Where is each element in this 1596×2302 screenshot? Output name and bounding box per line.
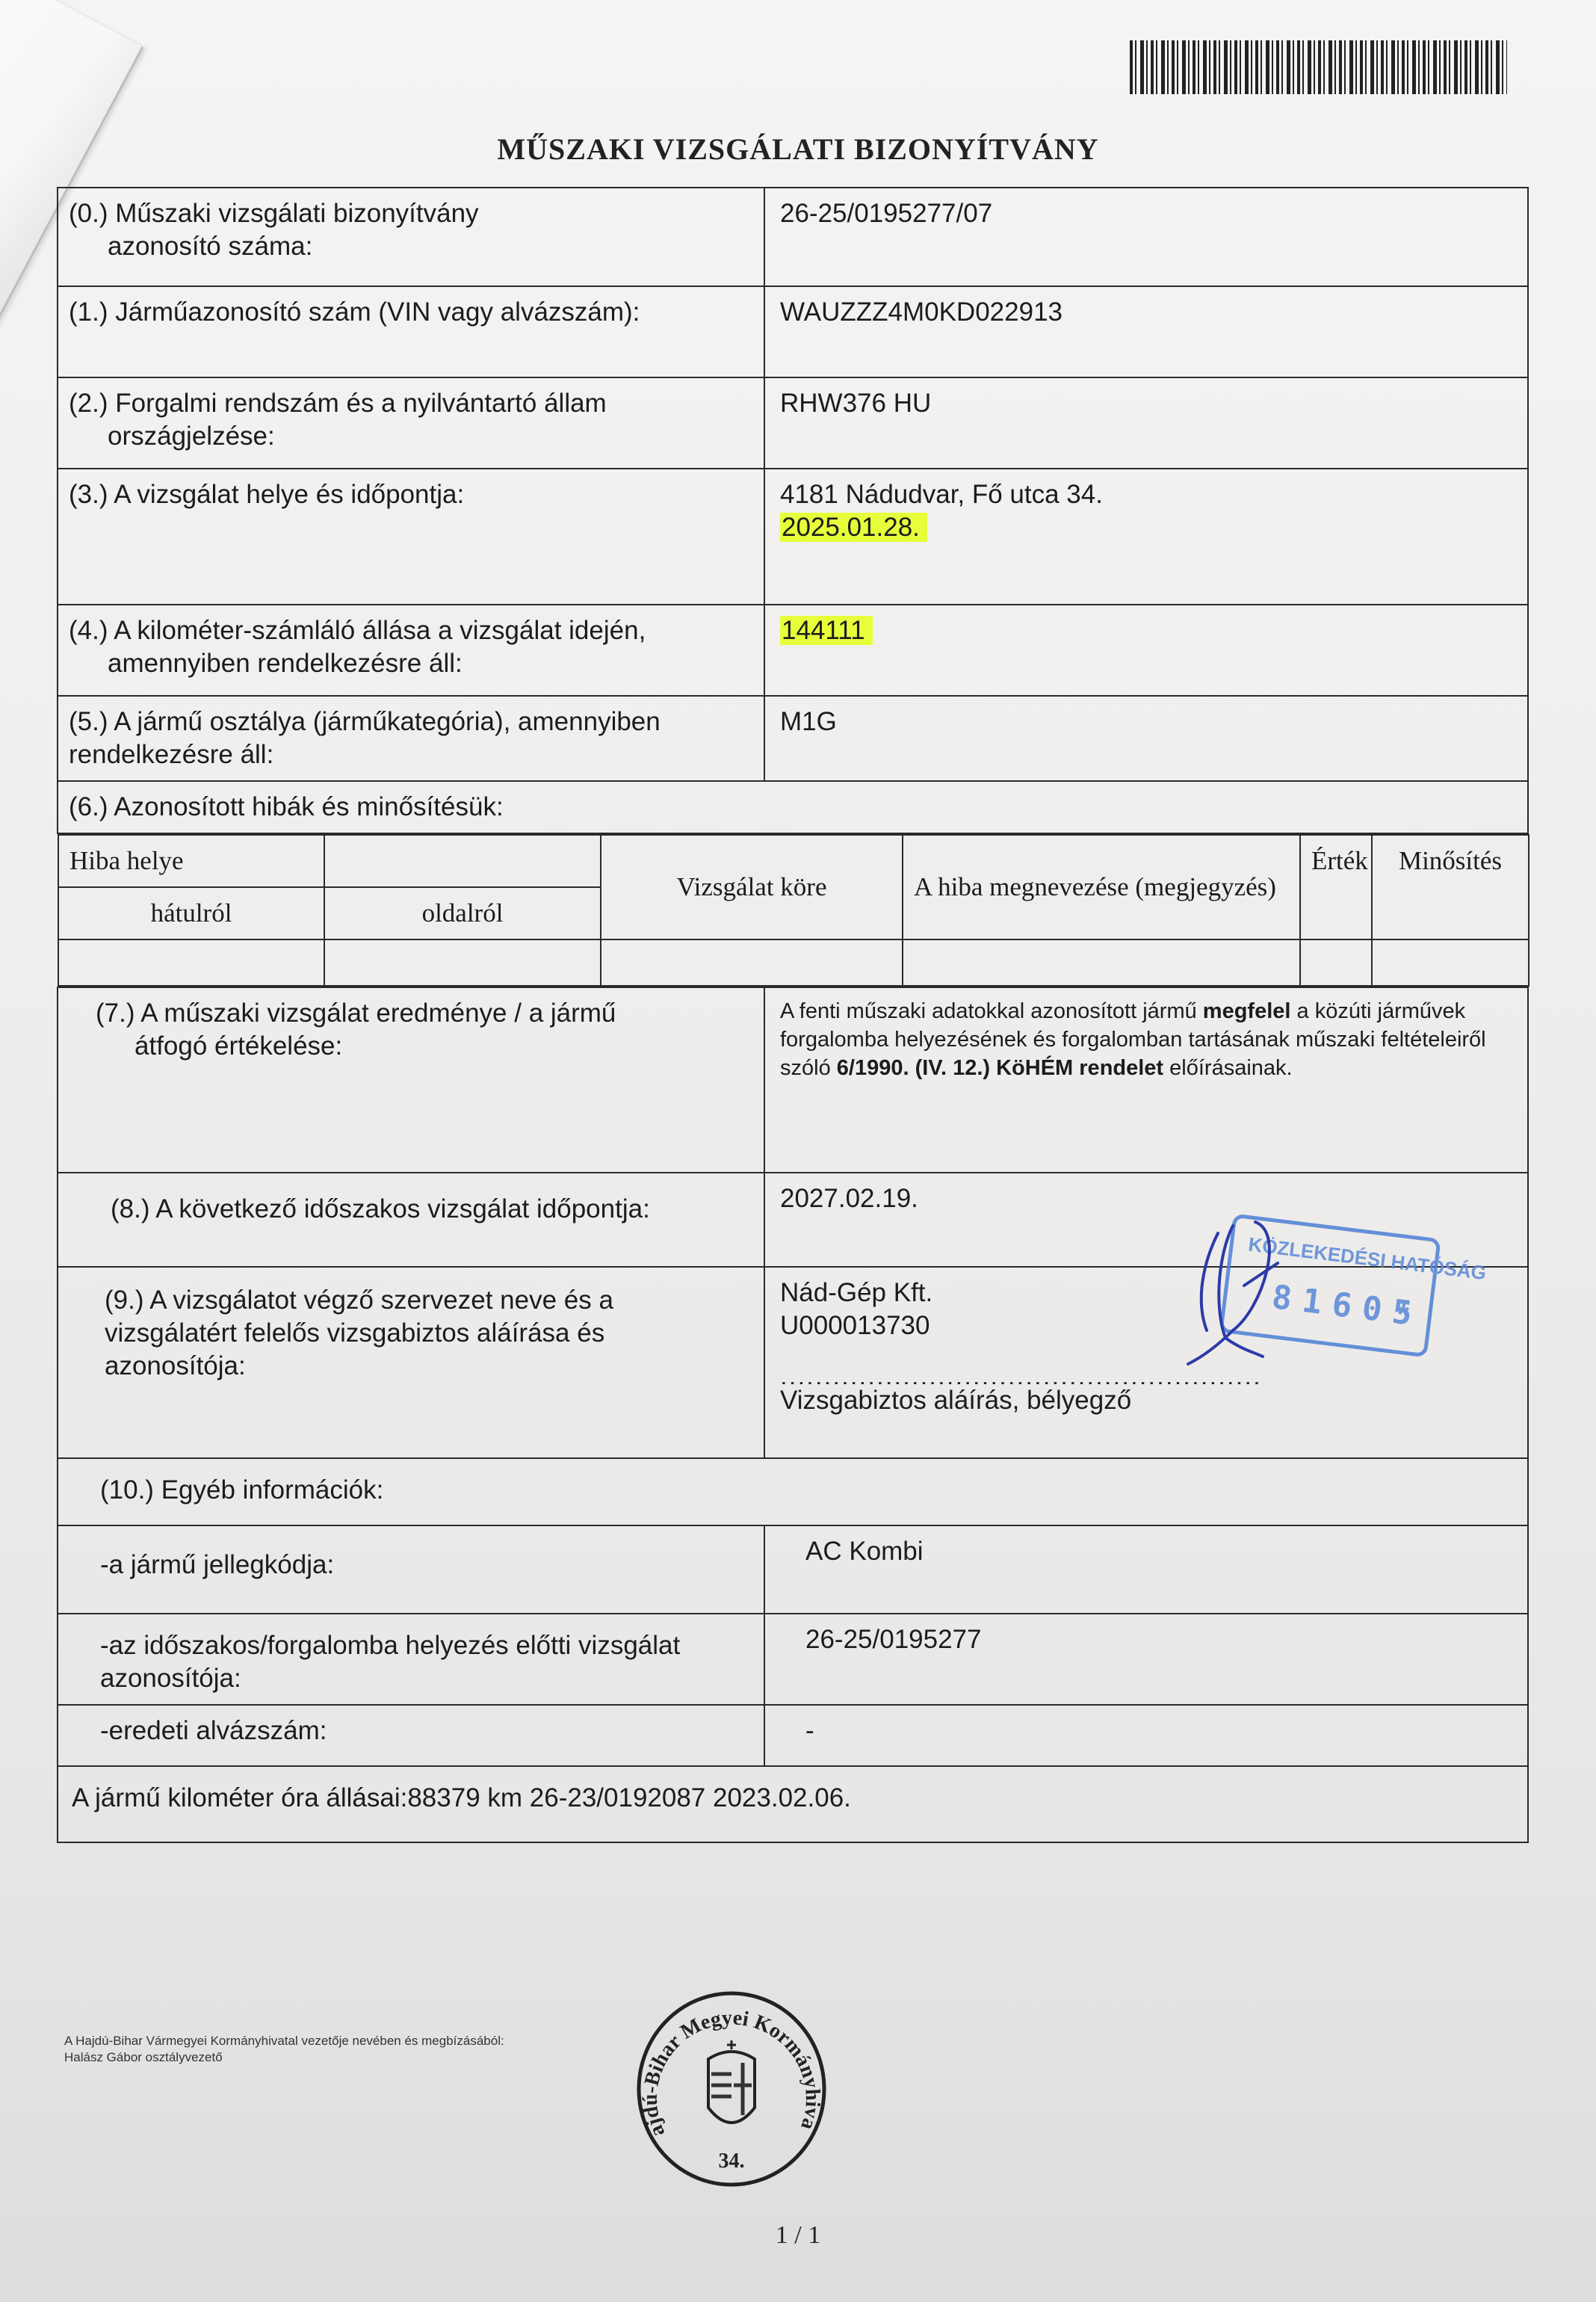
- certificate-id-value: 26-25/0195277/07: [764, 188, 1528, 286]
- other-info-label: -eredeti alvázszám:: [58, 1705, 764, 1766]
- col-header-value: Érték: [1300, 835, 1372, 939]
- signature-line: ........................................…: [780, 1369, 1258, 1384]
- authority-note: A Hajdú-Bihar Vármegyei Kormányhivatal v…: [64, 2033, 504, 2066]
- regulation-reference: 6/1990. (IV. 12.) KöHÉM rendelet: [837, 1056, 1163, 1080]
- result-text: A fenti műszaki adatokkal azonosított já…: [764, 987, 1528, 1173]
- result-verdict: megfelel: [1203, 999, 1291, 1023]
- vin-value: WAUZZZ4M0KD022913: [764, 286, 1528, 377]
- category-value: M1G: [764, 696, 1528, 781]
- signature-caption: Vizsgabiztos aláírás, bélyegző: [780, 1384, 1517, 1417]
- other-info-heading-row: (10.) Egyéb információk:: [58, 1458, 1528, 1525]
- svg-text:34.: 34.: [719, 2150, 745, 2173]
- barcode-icon: [1130, 40, 1507, 94]
- certificate-form: (0.) Műszaki vizsgálati bizonyítvány azo…: [57, 187, 1529, 1843]
- odometer-history: A jármű kilométer óra állásai:88379 km 2…: [58, 1766, 1528, 1842]
- field-row-certificate-id: (0.) Műszaki vizsgálati bizonyítvány azo…: [58, 188, 1528, 286]
- field-row-vin: (1.) Járműazonosító szám (VIN vagy alváz…: [58, 286, 1528, 377]
- other-info-row: -a jármű jellegkódja: AC Kombi: [58, 1525, 1528, 1614]
- field-row-result: (7.) A műszaki vizsgálat eredménye / a j…: [58, 987, 1528, 1173]
- document-page: MŰSZAKI VIZSGÁLATI BIZONYÍTVÁNY (0.) Műs…: [0, 0, 1596, 2302]
- col-header-scope: Vizsgálat köre: [601, 835, 903, 939]
- odometer-highlighted: 144111: [780, 616, 873, 645]
- defect-row-empty: [58, 939, 1529, 986]
- field-label: (0.) Műszaki vizsgálati bizonyítvány azo…: [58, 188, 764, 286]
- field-label: (1.) Járműazonosító szám (VIN vagy alváz…: [58, 286, 764, 377]
- other-info-label: -a jármű jellegkódja:: [58, 1525, 764, 1614]
- document-title: MŰSZAKI VIZSGÁLATI BIZONYÍTVÁNY: [0, 132, 1596, 167]
- col-header-side: oldalról: [324, 887, 601, 939]
- field-label: (3.) A vizsgálat helye és időpontja:: [58, 469, 764, 605]
- other-info-heading: (10.) Egyéb információk:: [58, 1458, 1528, 1525]
- page-number: 1 / 1: [0, 2221, 1596, 2250]
- defects-heading-row: (6.) Azonosított hibák és minősítésük:: [58, 781, 1528, 833]
- other-info-value: -: [764, 1705, 1528, 1766]
- other-info-value: 26-25/0195277: [764, 1614, 1528, 1705]
- other-info-label: -az időszakos/forgalomba helyezés előtti…: [58, 1614, 764, 1705]
- government-seal-icon: Hajdú-Bihar Megyei Kormányhivatal 34.: [634, 1988, 829, 2190]
- col-header-rating: Minősítés: [1372, 835, 1529, 939]
- field-row-place-date: (3.) A vizsgálat helye és időpontja: 418…: [58, 469, 1528, 605]
- defects-table: Hiba helye Vizsgálat köre A hiba megneve…: [58, 834, 1529, 987]
- field-row-odometer: (4.) A kilométer-számláló állása a vizsg…: [58, 605, 1528, 696]
- place-date-value: 4181 Nádudvar, Fő utca 34. 2025.01.28.: [764, 469, 1528, 605]
- field-row-plate: (2.) Forgalmi rendszám és a nyilvántartó…: [58, 377, 1528, 469]
- field-label: (9.) A vizsgálatot végző szervezet neve …: [58, 1267, 764, 1458]
- inspection-date-highlighted: 2025.01.28.: [780, 513, 927, 542]
- svg-text:Hajdú-Bihar Megyei Kormányhiva: Hajdú-Bihar Megyei Kormányhivatal: [634, 1988, 824, 2141]
- field-label: (5.) A jármű osztálya (járműkategória), …: [58, 696, 764, 781]
- field-label: (8.) A következő időszakos vizsgálat idő…: [58, 1173, 764, 1267]
- defects-heading: (6.) Azonosított hibák és minősítésük:: [58, 781, 1528, 833]
- field-row-category: (5.) A jármű osztálya (járműkategória), …: [58, 696, 1528, 781]
- col-header-defect-name: A hiba megnevezése (megjegyzés): [903, 835, 1300, 939]
- field-label: (7.) A műszaki vizsgálat eredménye / a j…: [58, 987, 764, 1173]
- other-info-value: AC Kombi: [764, 1525, 1528, 1614]
- other-info-row: -az időszakos/forgalomba helyezés előtti…: [58, 1614, 1528, 1705]
- other-info-row: -eredeti alvázszám: -: [58, 1705, 1528, 1766]
- inspection-place: 4181 Nádudvar, Fő utca 34.: [780, 478, 1517, 511]
- col-header-rear: hátulról: [58, 887, 324, 939]
- defects-table-row: Hiba helye Vizsgálat köre A hiba megneve…: [58, 833, 1528, 987]
- odometer-history-row: A jármű kilométer óra állásai:88379 km 2…: [58, 1766, 1528, 1842]
- field-label: (2.) Forgalmi rendszám és a nyilvántartó…: [58, 377, 764, 469]
- col-header-location: Hiba helye: [58, 835, 324, 887]
- field-label: (4.) A kilométer-számláló állása a vizsg…: [58, 605, 764, 696]
- signature-icon: [1173, 1218, 1323, 1368]
- plate-value: RHW376 HU: [764, 377, 1528, 469]
- odometer-value: 144111: [764, 605, 1528, 696]
